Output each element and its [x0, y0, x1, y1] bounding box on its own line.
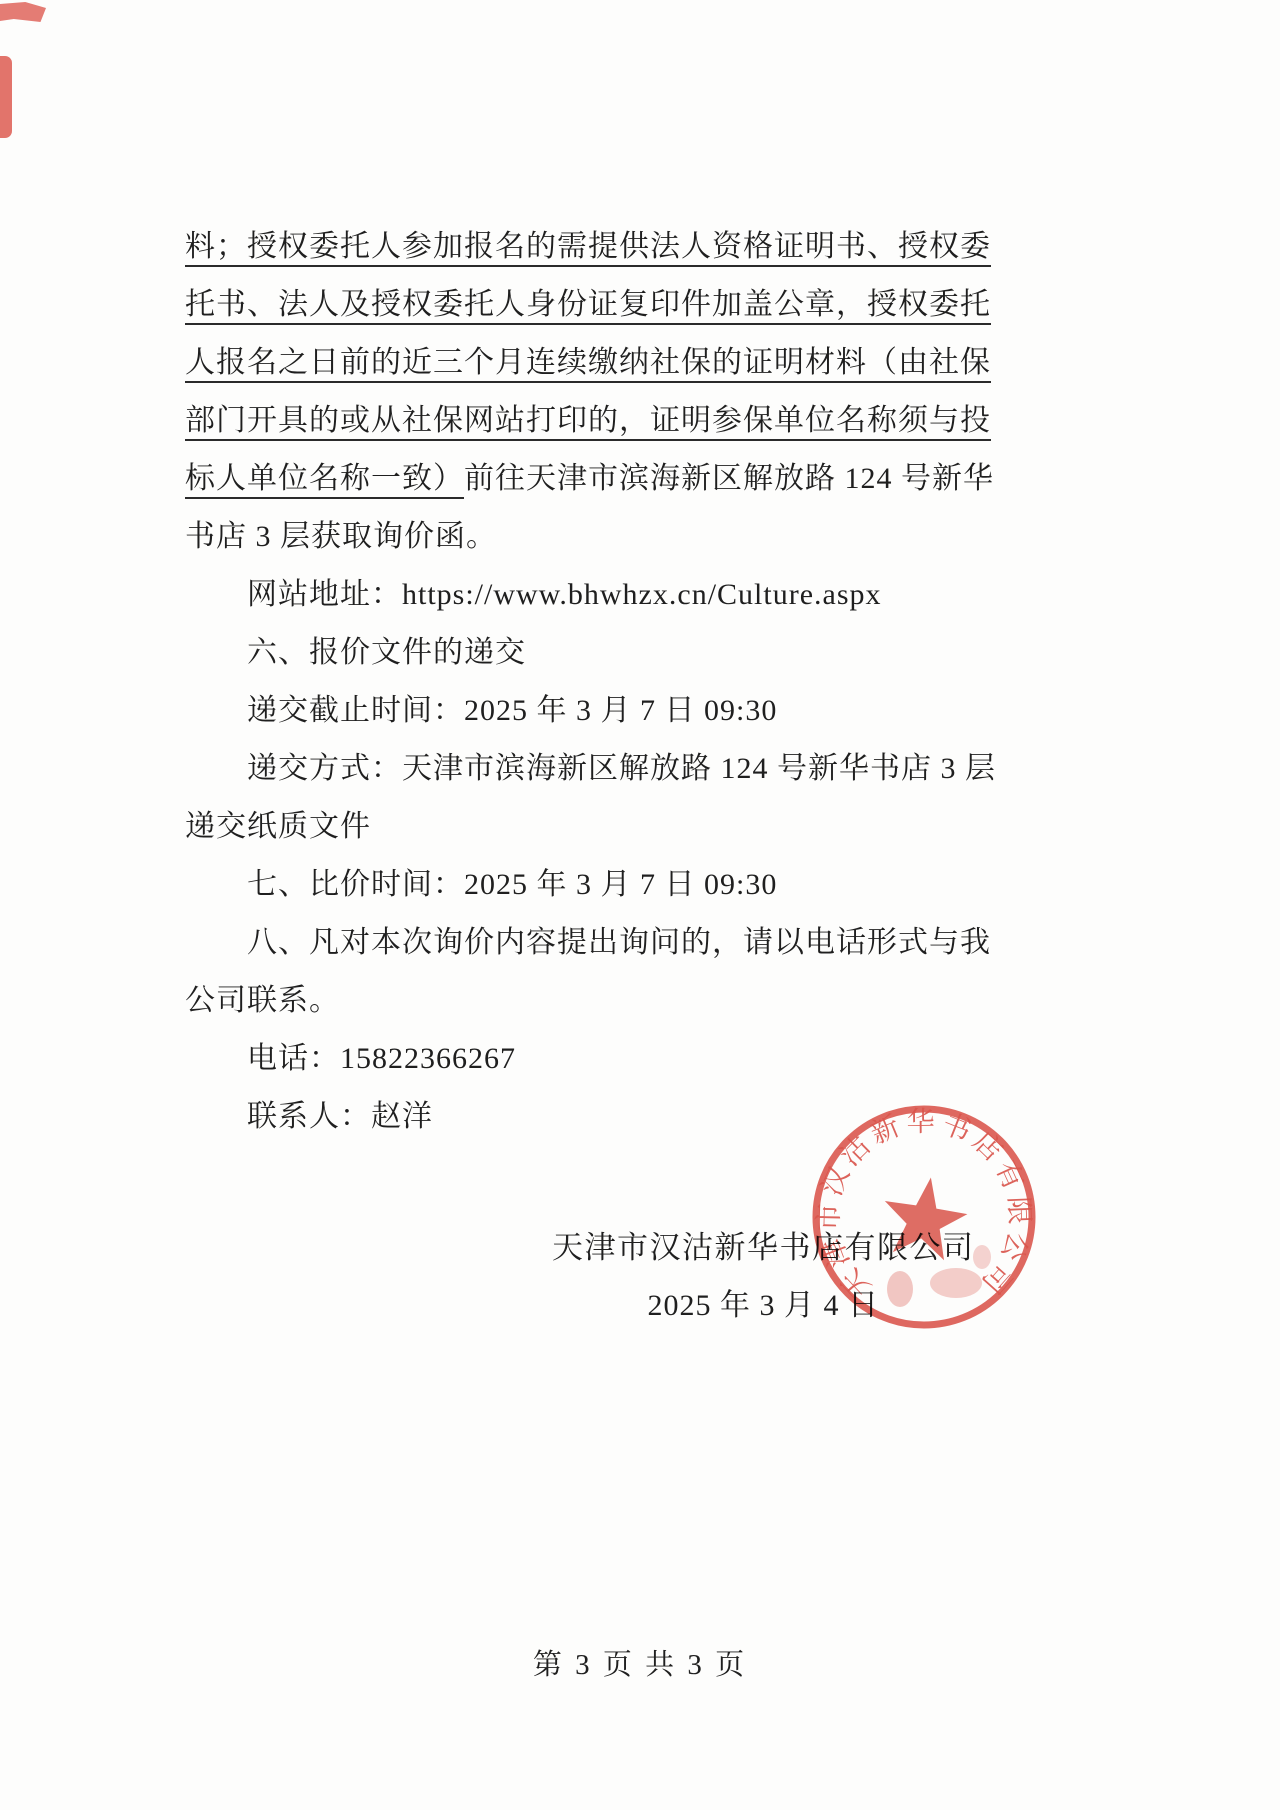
- line-text: 联系人：赵洋: [247, 1100, 433, 1133]
- line-text: 八、凡对本次询价内容提出询问的，请以电话形式与我: [247, 926, 991, 959]
- body-line: 公司联系。: [185, 972, 967, 1030]
- body-line: 递交方式：天津市滨海新区解放路 124 号新华书店 3 层: [185, 740, 967, 798]
- scan-ink-artifact: [0, 56, 12, 138]
- line-text: 递交方式：天津市滨海新区解放路 124 号新华书店 3 层: [247, 752, 996, 785]
- page-number: 第 3 页 共 3 页: [0, 1642, 1280, 1683]
- seal-ink-smudge: [973, 1245, 991, 1269]
- line-text: 六、报价文件的递交: [247, 636, 526, 669]
- paragraph-line: 托书、法人及授权委托人身份证复印件加盖公章，授权委托: [185, 276, 967, 334]
- line-text: 递交截止时间：2025 年 3 月 7 日 09:30: [247, 694, 777, 727]
- body-line: 递交纸质文件: [185, 798, 967, 856]
- body-line: 网站地址：https://www.bhwhzx.cn/Culture.aspx: [185, 566, 967, 624]
- document-body: 料；授权委托人参加报名的需提供法人资格证明书、授权委 托书、法人及授权委托人身份…: [185, 218, 967, 1146]
- line-text: 网站地址：https://www.bhwhzx.cn/Culture.aspx: [247, 578, 882, 611]
- underlined-text: 人报名之日前的近三个月连续缴纳社保的证明材料（由社保: [185, 346, 991, 379]
- line-text: 公司联系。: [185, 984, 340, 1017]
- underlined-text: 料；授权委托人参加报名的需提供法人资格证明书、授权委: [185, 230, 991, 263]
- notice-lines: 网站地址：https://www.bhwhzx.cn/Culture.aspx …: [185, 566, 967, 1146]
- body-line: 电话：15822366267: [185, 1030, 967, 1088]
- line-text: 书店 3 层获取询价函。: [185, 520, 497, 553]
- line-text: 七、比价时间：2025 年 3 月 7 日 09:30: [247, 868, 777, 901]
- underlined-text: 标人单位名称一致）: [185, 462, 464, 495]
- body-line: 七、比价时间：2025 年 3 月 7 日 09:30: [185, 856, 967, 914]
- line-text: 前往天津市滨海新区解放路 124 号新华: [464, 462, 994, 495]
- document-page: 料；授权委托人参加报名的需提供法人资格证明书、授权委 托书、法人及授权委托人身份…: [0, 0, 1280, 1810]
- seal-ink-smudge: [887, 1271, 913, 1307]
- underlined-text: 部门开具的或从社保网站打印的，证明参保单位名称须与投: [185, 404, 991, 437]
- paragraph-line: 部门开具的或从社保网站打印的，证明参保单位名称须与投: [185, 392, 967, 450]
- seal-ink-smudge: [930, 1268, 982, 1298]
- paragraph-line: 标人单位名称一致）前往天津市滨海新区解放路 124 号新华: [185, 450, 967, 508]
- paragraph-line: 料；授权委托人参加报名的需提供法人资格证明书、授权委: [185, 218, 967, 276]
- underlined-text: 托书、法人及授权委托人身份证复印件加盖公章，授权委托: [185, 288, 991, 321]
- line-text: 电话：15822366267: [247, 1042, 516, 1075]
- line-text: 递交纸质文件: [185, 810, 371, 843]
- body-line: 递交截止时间：2025 年 3 月 7 日 09:30: [185, 682, 967, 740]
- company-seal-stamp: 天津市汉沽新华书店有限公司: [804, 1097, 1044, 1337]
- terms-paragraph: 料；授权委托人参加报名的需提供法人资格证明书、授权委 托书、法人及授权委托人身份…: [185, 218, 967, 566]
- star-icon: [877, 1171, 972, 1263]
- paragraph-line: 人报名之日前的近三个月连续缴纳社保的证明材料（由社保: [185, 334, 967, 392]
- paragraph-line: 书店 3 层获取询价函。: [185, 508, 967, 566]
- body-line: 六、报价文件的递交: [185, 624, 967, 682]
- scan-ink-artifact: [0, 2, 46, 22]
- body-line: 八、凡对本次询价内容提出询问的，请以电话形式与我: [185, 914, 967, 972]
